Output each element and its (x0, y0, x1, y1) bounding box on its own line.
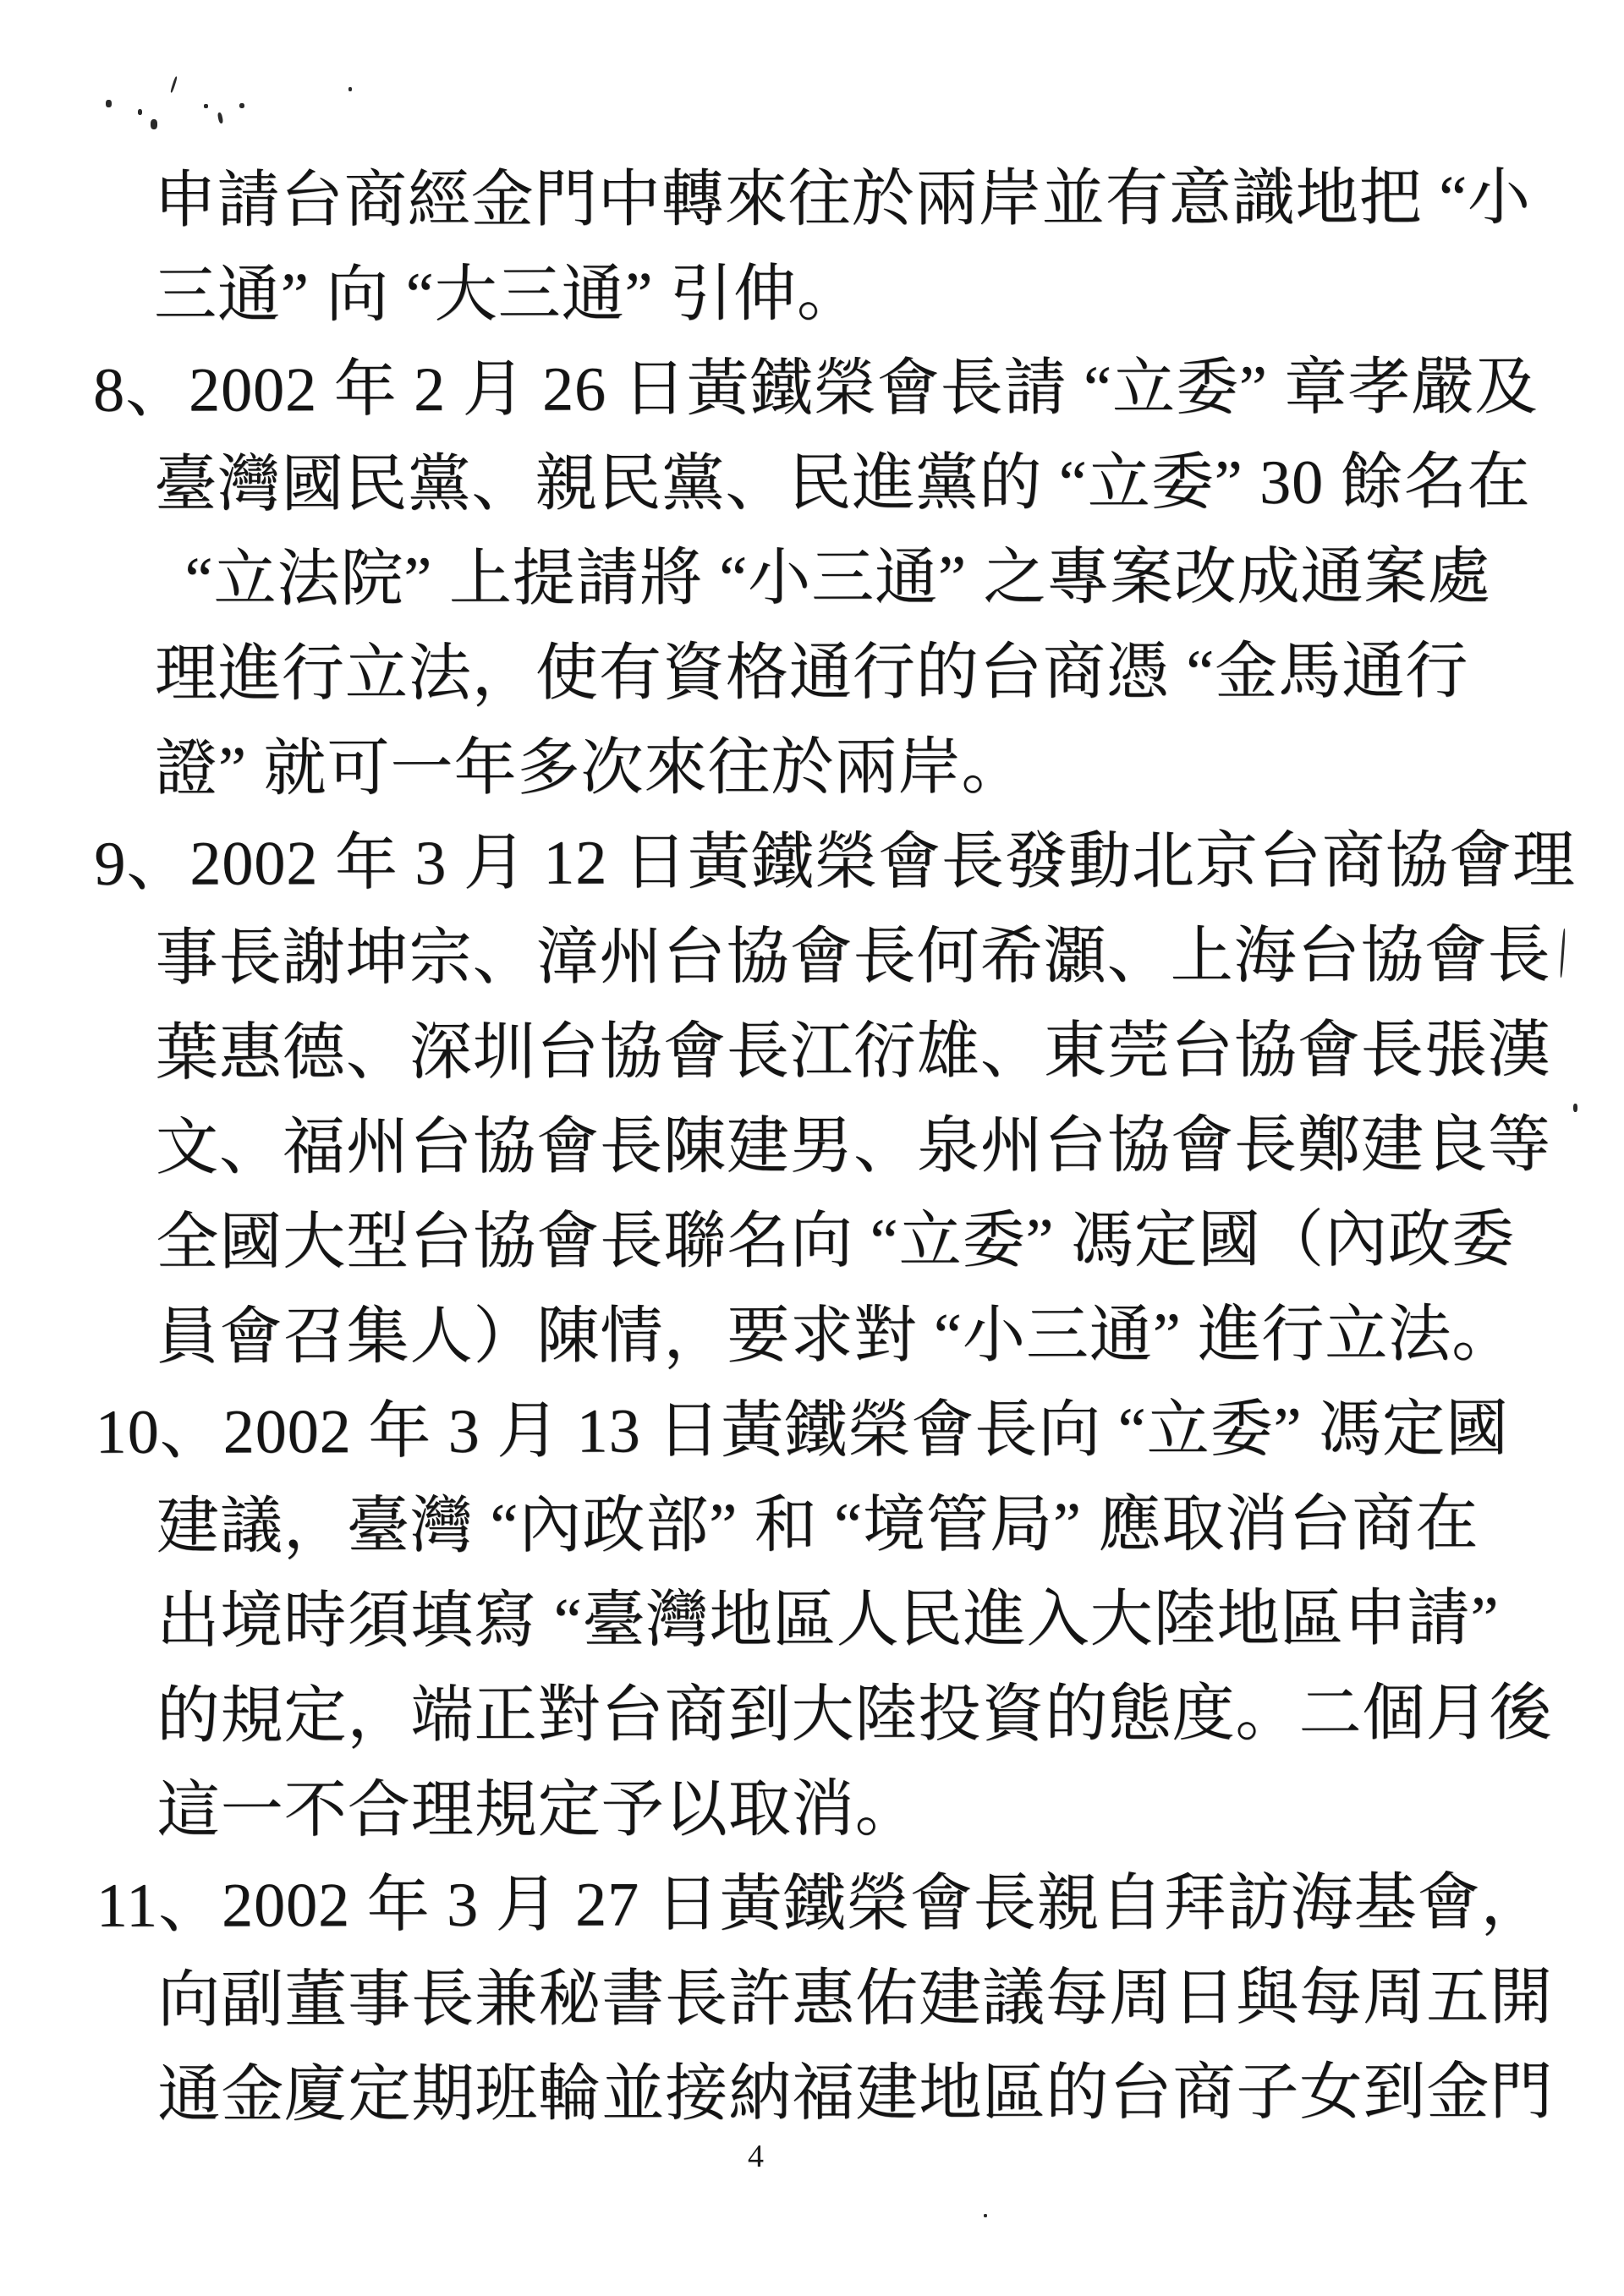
document-body: 申請台商經金門中轉來往於兩岸並有意識地把 “小 三通” 向 “大三通” 引伸。 … (0, 151, 1624, 2143)
text-line-item-9: 9、2002 年 3 月 12 日黃鐵榮會長發動北京台商協會理 (94, 814, 1623, 912)
page-number: 4 (748, 2138, 764, 2175)
text-line: “立法院” 上提請將 “小三通” 之專案改成通案處 (184, 529, 1622, 627)
text-line-item-10: 10、2002 年 3 月 13 日黃鐵榮會長向 “立委” 馮定國 (96, 1382, 1624, 1480)
scan-speck (984, 2214, 987, 2217)
text-line: 申請台商經金門中轉來往於兩岸並有意識地把 “小 (154, 151, 1622, 249)
scan-speck (151, 119, 157, 129)
text-line: 三通” 向 “大三通” 引伸。 (154, 245, 1622, 343)
text-line: 全國大型台協會長聯名向 “立委” 馮定國（內政委 (156, 1192, 1624, 1290)
text-line: 建議，臺灣 “內政部” 和 “境管局” 應取消台商在 (156, 1477, 1624, 1575)
scan-speck (138, 109, 142, 115)
text-line: 事長謝坤宗、漳州台協會長何希灝、上海台協會長 (155, 908, 1623, 1006)
text-line: 證” 就可一年多次來往於兩岸。 (155, 719, 1623, 817)
text-line: 這一不合理規定予以取消。 (157, 1761, 1624, 1859)
text-line: 葉惠德、深圳台協會長江衍雄、東莞台協會長張漢 (156, 1003, 1624, 1101)
text-line: 理進行立法，使有資格通行的台商憑 “金馬通行 (155, 624, 1623, 722)
text-line-item-8: 8、2002 年 2 月 26 日黃鐵榮會長請 “立委” 章孝嚴及 (93, 340, 1622, 438)
scan-speck (106, 100, 112, 107)
document-page: 申請台商經金門中轉來往於兩岸並有意識地把 “小 三通” 向 “大三通” 引伸。 … (0, 0, 1624, 2296)
scan-speck (239, 103, 244, 108)
text-line: 員會召集人）陳情，要求對 “小三通” 進行立法。 (156, 1287, 1624, 1385)
text-line: 通金廈定期班輪並接納福建地區的台商子女到金門 (157, 2045, 1624, 2143)
text-line-item-11: 11、2002 年 3 月 27 日黃鐵榮會長親自拜訪海基會， (96, 1855, 1624, 1954)
text-line: 的規定，端正對台商到大陸投資的態度。二個月後 (156, 1666, 1624, 1764)
text-line: 出境時須填寫 “臺灣地區人民進入大陸地區申請” (156, 1571, 1624, 1669)
text-line: 臺灣國民黨、親民黨、民進黨的 “立委” 30 餘名在 (154, 435, 1622, 533)
scan-speck (348, 87, 352, 91)
text-line: 文、福州台協會長陳建男、泉州台協會長鄭建良等 (156, 1098, 1624, 1196)
text-line: 向副董事長兼秘書長許惠佑建議每周日與每周五開 (157, 1950, 1624, 2048)
scan-speck (204, 104, 208, 108)
scan-speck (170, 76, 178, 93)
scan-speck (217, 112, 224, 124)
